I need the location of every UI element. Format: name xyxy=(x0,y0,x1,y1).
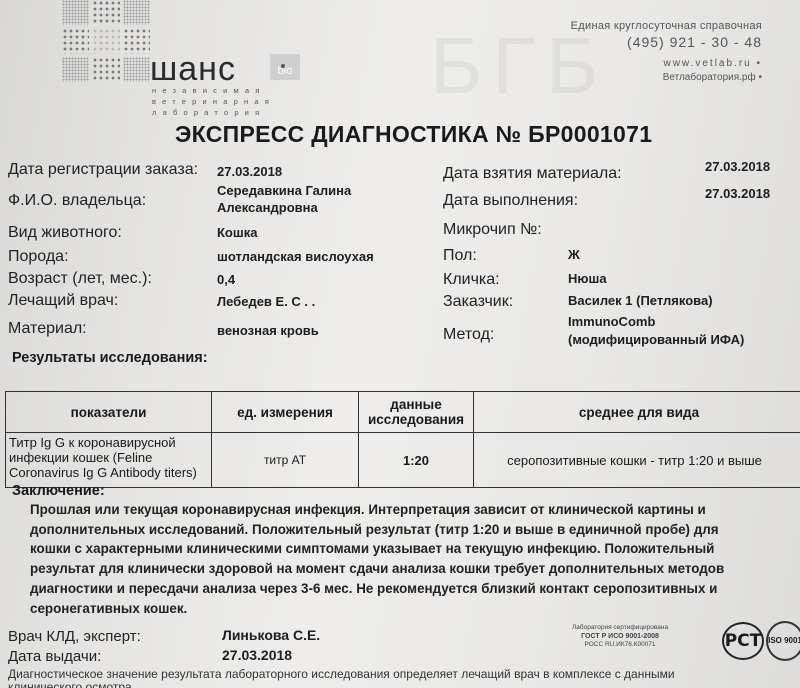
brand-name: шанс xyxy=(150,52,236,86)
logo-tile xyxy=(92,0,119,25)
conclusion-line: результат для клинически здоровой на мом… xyxy=(30,559,790,579)
field-label-pet-name: Кличка: xyxy=(443,271,500,289)
field-value-species: Кошка xyxy=(217,225,257,241)
cell-reference: серопозитивные кошки - титр 1:20 и выше xyxy=(474,433,800,488)
brand-tagline-1: независимая xyxy=(152,86,265,95)
cert-line-3: РОСС RU.ИК76.К00071 xyxy=(572,641,668,650)
field-label-sex: Пол: xyxy=(443,247,477,265)
field-label-owner: Ф.И.О. владельца: xyxy=(8,192,146,210)
lab-logo-pattern xyxy=(62,0,150,82)
table-header-row: показатели ед. измерения данные исследов… xyxy=(6,392,800,433)
field-value-age: 0,4 xyxy=(217,272,235,288)
column-header-unit: ед. измерения xyxy=(212,392,359,433)
conclusion-line: дополнительных исследований. Положительн… xyxy=(30,520,790,540)
cert-line-2: ГОСТ Р ИСО 9001-2008 xyxy=(572,633,668,642)
results-table: показатели ед. измерения данные исследов… xyxy=(5,391,800,488)
field-label-completion-date: Дата выполнения: xyxy=(443,192,578,210)
cert-line-1: Лаборатория сертифицирована xyxy=(572,624,668,633)
logo-tile xyxy=(123,28,150,53)
website-link: www.vetlab.ru • xyxy=(571,58,762,69)
cell-unit: титр АТ xyxy=(212,433,359,488)
cell-value: 1:20 xyxy=(359,433,474,488)
conclusion-line: диагностики и пересдачи анализа через 3-… xyxy=(30,579,790,599)
iso-certification-mark-icon: ISO 9001 xyxy=(766,621,800,661)
field-value-material: венозная кровь xyxy=(217,323,319,339)
field-value-doctor: Лебедев Е. С . . xyxy=(217,294,315,310)
field-value-method-line1: ImmunoComb xyxy=(568,314,655,330)
bio-dot-icon xyxy=(281,64,285,68)
field-value-owner-line2: Александровна xyxy=(217,200,318,216)
conclusion-line: серонегативных кошек. xyxy=(30,599,790,619)
field-label-customer: Заказчик: xyxy=(443,293,513,311)
website-rf-link: Ветлаборатория.рф • xyxy=(571,72,762,83)
logo-tile xyxy=(62,0,89,25)
logo-tile xyxy=(92,28,119,53)
column-header-reference: среднее для вида xyxy=(474,392,800,433)
issue-date-value: 27.03.2018 xyxy=(222,647,292,663)
field-value-customer: Василек 1 (Петлякова) xyxy=(568,293,713,309)
field-value-registration-date: 27.03.2018 xyxy=(217,164,282,180)
field-value-owner-line1: Середавкина Галина xyxy=(217,183,351,199)
contact-block: Единая круглосуточная справочная (495) 9… xyxy=(571,20,762,83)
field-label-microchip: Микрочип №: xyxy=(443,221,542,239)
field-label-registration-date: Дата регистрации заказа: xyxy=(8,161,198,179)
pct-certification-mark-icon: РСТ xyxy=(722,622,764,660)
column-header-indicator: показатели xyxy=(6,392,212,433)
field-value-breed: шотландская вислоухая xyxy=(217,249,374,265)
brand-bio-badge: bio xyxy=(270,54,300,80)
expert-value: Линькова С.Е. xyxy=(222,627,320,643)
field-value-pet-name: Нюша xyxy=(568,271,607,287)
expert-label: Врач КЛД, эксперт: xyxy=(8,628,141,645)
issue-date-label: Дата выдачи: xyxy=(8,648,101,665)
conclusion-heading: Заключение: xyxy=(12,483,105,499)
cell-indicator: Титр Ig G к коронавирусной инфекции коше… xyxy=(6,433,212,488)
brand-tagline-2: ветеринарная xyxy=(152,97,275,106)
logo-tile xyxy=(62,28,89,53)
brand-tagline-3: лаборатория xyxy=(152,108,265,117)
field-value-method-line2: (модифицированный ИФА) xyxy=(568,332,744,348)
conclusion-text: Прошлая или текущая коронавирусная инфек… xyxy=(30,500,790,618)
footer-note-line-2: клинического осмотра. xyxy=(8,681,675,688)
field-label-breed: Порода: xyxy=(8,248,69,266)
field-label-sample-date: Дата взятия материала: xyxy=(443,165,622,183)
logo-tile xyxy=(123,0,150,25)
field-label-doctor: Лечащий врач: xyxy=(8,292,118,310)
field-value-sex: Ж xyxy=(568,247,580,263)
table-row: Титр Ig G к коронавирусной инфекции коше… xyxy=(6,433,800,488)
certification-text: Лаборатория сертифицирована ГОСТ Р ИСО 9… xyxy=(572,624,668,650)
results-heading: Результаты исследования: xyxy=(12,350,208,366)
footer-note: Диагностическое значение результата лабо… xyxy=(8,668,675,688)
document-title: ЭКСПРЕСС ДИАГНОСТИКА № БР0001071 xyxy=(175,121,652,148)
field-label-method: Метод: xyxy=(443,326,494,344)
conclusion-line: кошки с характерными клиническими симпто… xyxy=(30,539,790,559)
field-value-completion-date: 27.03.2018 xyxy=(705,186,770,202)
column-header-value: данные исследования xyxy=(359,392,474,433)
conclusion-line: Прошлая или текущая коронавирусная инфек… xyxy=(30,500,790,520)
logo-tile xyxy=(123,57,150,82)
logo-tile xyxy=(92,57,119,82)
logo-tile xyxy=(62,57,89,82)
hotline-phone: (495) 921 - 30 - 48 xyxy=(571,34,762,50)
field-label-age: Возраст (лет, мес.): xyxy=(8,270,152,288)
field-label-species: Вид животного: xyxy=(8,224,122,242)
hotline-label: Единая круглосуточная справочная xyxy=(571,20,762,32)
field-label-material: Материал: xyxy=(8,320,87,338)
field-value-sample-date: 27.03.2018 xyxy=(705,159,770,175)
